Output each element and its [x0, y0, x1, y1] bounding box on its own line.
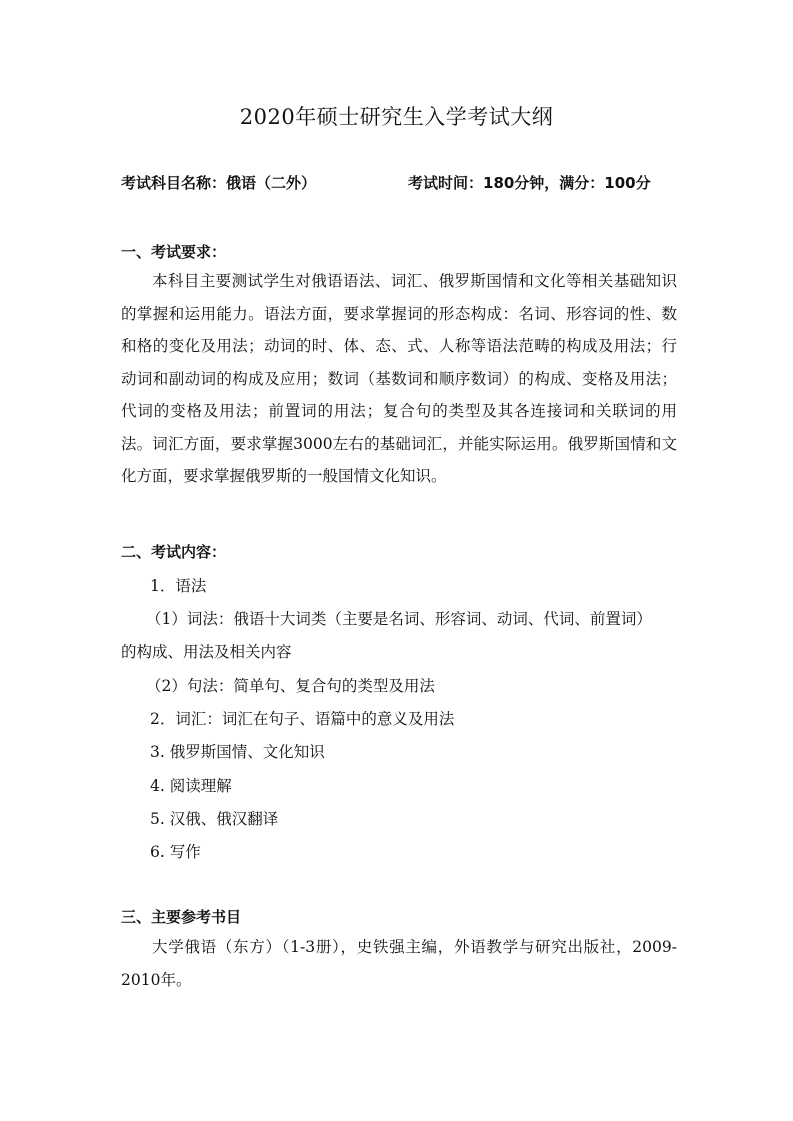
content-item-vocabulary: 2．词汇：词汇在句子、语篇中的意义及用法 [150, 707, 454, 729]
section-heading-requirements: 一、考试要求： [121, 241, 226, 262]
references-paragraph: 大学俄语（东方）（1-3册），史铁强主编，外语教学与研究出版社，2009-201… [121, 931, 677, 996]
subject-name: 考试科目名称：俄语（二外） [121, 172, 316, 193]
exam-time-score: 考试时间：180分钟，满分：100分 [408, 172, 651, 193]
content-item-syntax: （2）句法：简单句、复合句的类型及用法 [146, 674, 435, 696]
content-item-culture: 3. 俄罗斯国情、文化知识 [150, 740, 325, 762]
requirements-paragraph: 本科目主要测试学生对俄语语法、词汇、俄罗斯国情和文化等相关基础知识的掌握和运用能… [121, 265, 677, 493]
content-item-writing: 6. 写作 [150, 840, 201, 862]
content-item-reading: 4. 阅读理解 [150, 774, 232, 796]
section-heading-references: 三、主要参考书目 [121, 906, 241, 927]
content-item-morphology-cont: 的构成、用法及相关内容 [121, 640, 292, 662]
content-item-grammar: 1．语法 [150, 574, 206, 596]
section-heading-content: 二、考试内容： [121, 541, 226, 562]
content-item-translation: 5. 汉俄、俄汉翻译 [150, 807, 278, 829]
content-item-morphology: （1）词法：俄语十大词类（主要是名词、形容词、动词、代词、前置词） [146, 607, 652, 629]
document-title: 2020年硕士研究生入学考试大纲 [0, 101, 793, 131]
